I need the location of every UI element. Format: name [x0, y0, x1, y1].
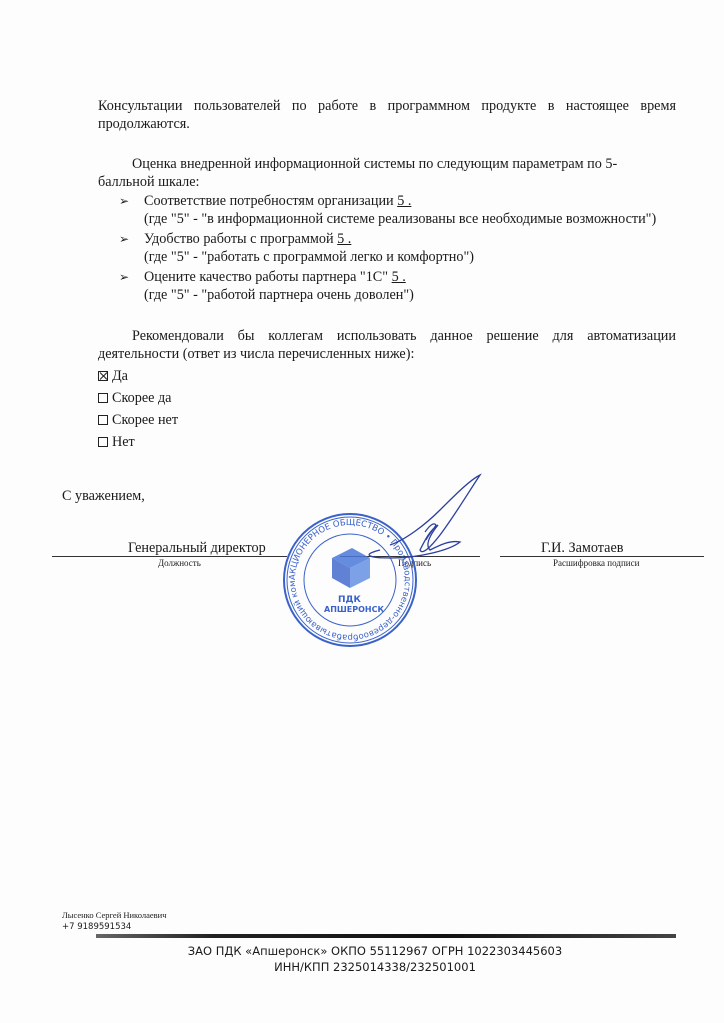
rating-label: Оцените качество работы партнера "1С" — [144, 269, 388, 285]
consultation-text-line1: Консультации пользователей по работе в п… — [98, 97, 676, 115]
option-no[interactable]: Нет — [98, 433, 135, 451]
checkbox-empty-icon[interactable] — [98, 415, 108, 425]
option-label: Нет — [112, 434, 135, 450]
rating-item-usability: ➢ Удобство работы с программой 5 . (где … — [119, 230, 679, 266]
checkbox-checked-icon[interactable] — [98, 371, 108, 381]
rating-item-needs: ➢ Соответствие потребностям организации … — [119, 192, 679, 228]
option-label: Скорее да — [112, 390, 171, 406]
arrow-bullet-icon: ➢ — [119, 192, 129, 210]
option-label: Да — [112, 368, 128, 384]
position-title: Генеральный директор — [128, 539, 266, 557]
rating-label: Удобство работы с программой — [144, 231, 334, 247]
footer-divider — [96, 934, 676, 938]
arrow-bullet-icon: ➢ — [119, 268, 129, 286]
position-underline — [52, 556, 287, 557]
option-rather-yes[interactable]: Скорее да — [98, 389, 171, 407]
signer-name: Г.И. Замотаев — [541, 539, 623, 557]
rating-note: (где "5" - "работой партнера очень довол… — [119, 286, 679, 304]
rating-value: 5 . — [337, 231, 351, 247]
rating-note: (где "5" - "работать с программой легко … — [119, 248, 679, 266]
option-rather-no[interactable]: Скорее нет — [98, 411, 178, 429]
rating-item-partner: ➢ Оцените качество работы партнера "1С" … — [119, 268, 679, 304]
position-caption: Должность — [158, 558, 201, 568]
contact-name: Лысенко Сергей Николаевич — [62, 910, 167, 920]
signature-scribble-icon — [330, 470, 510, 570]
name-underline — [500, 556, 704, 557]
contact-phone: +7 9189591534 — [62, 922, 131, 932]
footer-tax-line: ИНН/КПП 2325014338/232501001 — [0, 960, 724, 974]
footer-company-line: ЗАО ПДК «Апшеронск» ОКПО 55112967 ОГРН 1… — [0, 944, 724, 958]
stamp-text-city: АПШЕРОНСК — [324, 605, 384, 614]
rating-note: (где "5" - "в информационной системе реа… — [119, 210, 679, 228]
rating-value: 5 . — [392, 269, 406, 285]
checkbox-empty-icon[interactable] — [98, 437, 108, 447]
consultation-text-line2: продолжаются. — [98, 115, 190, 133]
handwritten-signature — [330, 470, 510, 570]
option-label: Скорее нет — [112, 412, 178, 428]
rating-intro-line1: Оценка внедренной информационной системы… — [132, 155, 617, 173]
closing-text: С уважением, — [62, 487, 145, 505]
rating-intro-line2: балльной шкале: — [98, 173, 199, 191]
stamp-text-pdk: ПДК — [338, 595, 362, 605]
recommend-line1: Рекомендовали бы коллегам использовать д… — [132, 327, 676, 345]
rating-label: Соответствие потребностям организации — [144, 193, 394, 209]
checkbox-empty-icon[interactable] — [98, 393, 108, 403]
option-yes[interactable]: Да — [98, 367, 128, 385]
recommend-line2: деятельности (ответ из числа перечисленн… — [98, 345, 414, 363]
name-caption: Расшифровка подписи — [553, 558, 639, 568]
arrow-bullet-icon: ➢ — [119, 230, 129, 248]
rating-value: 5 . — [397, 193, 411, 209]
